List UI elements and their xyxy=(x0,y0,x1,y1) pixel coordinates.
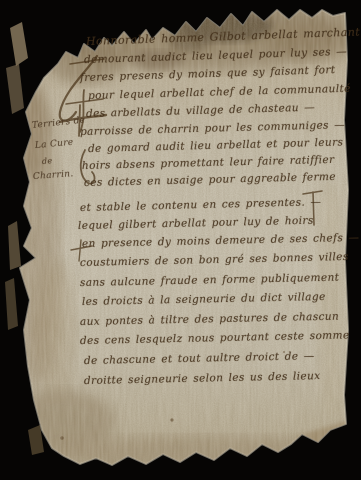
manuscript-line-18: de chascune et tout aultre droict de — xyxy=(84,350,315,368)
manuscript-line-15: les droicts à la seigneurie du dict vill… xyxy=(82,291,326,309)
text-layer: Terriers de La Cure de Charrin. Honnorab… xyxy=(0,0,361,480)
manuscript-line-7: de gomard audit lieu arbellat et pour le… xyxy=(88,136,344,156)
manuscript-scan: Terriers de La Cure de Charrin. Honnorab… xyxy=(0,0,361,480)
marginal-note-line: de xyxy=(42,156,53,167)
manuscript-line-5: des arbellats du village de chasteau — xyxy=(86,102,315,121)
manuscript-line-19: droitte seigneurie selon les us des lieu… xyxy=(84,370,321,388)
manuscript-line-14: sans aulcune fraude en forme publiquemen… xyxy=(80,272,340,290)
manuscript-line-11: lequel gilbert arbellat pour luy de hoir… xyxy=(78,215,314,233)
manuscript-line-13: coustumiers de son bon gré ses bonnes vi… xyxy=(80,251,349,270)
manuscript-line-4: pour lequel arbellat chef de la communau… xyxy=(88,83,351,103)
marginal-note-line: Charrin. xyxy=(33,169,74,182)
manuscript-line-1: Honnorable homme Gilbot arbellat marchan… xyxy=(86,25,360,48)
manuscript-line-9: ces dictes en usaige pour aggreable ferm… xyxy=(84,171,336,190)
manuscript-line-10: et stable le contenu en ces presentes. — xyxy=(80,196,322,215)
manuscript-line-8: hoirs absens promettant leur faire ratif… xyxy=(82,154,335,173)
manuscript-line-17: des cens lesquelz nous pourtant ceste so… xyxy=(80,329,350,348)
manuscript-line-3: freres presens dy moins que sy faisant f… xyxy=(80,64,336,85)
manuscript-line-16: aux pontes à tiltre des pastures de chas… xyxy=(80,311,339,329)
manuscript-line-12: en presence dy moins demeure de ses chef… xyxy=(82,232,360,251)
marginal-note-line: La Cure xyxy=(35,138,74,151)
marginal-note-line: Terriers de xyxy=(31,115,85,131)
manuscript-line-2: demourant audict lieu lequel pour luy se… xyxy=(84,46,347,67)
manuscript-line-6: parroisse de charrin pour les communiges… xyxy=(80,119,345,139)
